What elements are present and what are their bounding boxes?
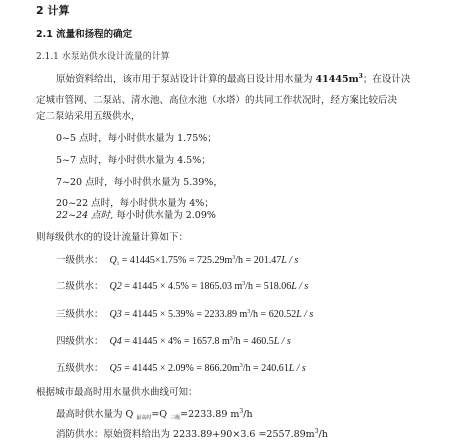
heading-section: 2.1 流量和扬程的确定 [36, 29, 132, 41]
intro-line-3: 定二泵站采用五级供水， [36, 111, 141, 123]
max-hour-line: 最高时供水量为 Q 最高时=Q 三级=2233.89 m3/h [56, 409, 253, 421]
schedule-item: 22~24 点时, 每小时供水量为 2.09% [56, 210, 216, 222]
level-4-equation: 四级供水：Q4 = 41445 × 4% = 1657.8 m3/h = 460… [56, 336, 291, 348]
intro-line-2: 定城市管网、二泵站、清水池、高位水池（水塔）的共同工作状况时，经方案比较后决 [36, 95, 397, 107]
calc-intro: 则每级供水的的设计流量计算如下： [36, 232, 188, 244]
curve-intro: 根据城市最高时用水量供水曲线可知： [36, 387, 198, 399]
schedule-item: 20~22 点时，每小时供水量为 4%； [56, 198, 214, 210]
schedule-item: 0~5 点时，每小时供水量为 1.75%； [56, 133, 217, 145]
level-5-equation: 五级供水：Q5 = 41445 × 2.09% = 866.20m3/h = 2… [56, 363, 306, 375]
level-3-equation: 三级供水：Q3 = 41445 × 5.39% = 2233.89 m3/h =… [56, 309, 313, 321]
intro-line-1: 原始资料给出，该市用于泵站设计计算的最高日设计用水量为 41445m3；在设计决 [56, 74, 410, 86]
fire-supply-line: 消防供水：原始资料给出为 2233.89+90×3.6 =2557.89m3/h [56, 429, 328, 441]
level-2-equation: 二级供水：Q2 = 41445 × 4.5% = 1865.03 m3/h = … [56, 281, 308, 293]
schedule-item: 7~20 点时，每小时供水量为 5.39%， [56, 177, 223, 189]
document-page: 2 计算 2.1 流量和扬程的确定 2.1.1 水泵站供水设计流量的计算 原始资… [0, 0, 474, 446]
heading-subsection: 2.1.1 水泵站供水设计流量的计算 [36, 51, 170, 63]
schedule-item: 5~7 点时，每小时供水量为 4.5%； [56, 155, 211, 167]
level-1-equation: 一级供水：Q1 = 41445×1.75% = 725.29m3/h = 201… [56, 255, 298, 267]
heading-chapter: 2 计算 [36, 5, 69, 17]
